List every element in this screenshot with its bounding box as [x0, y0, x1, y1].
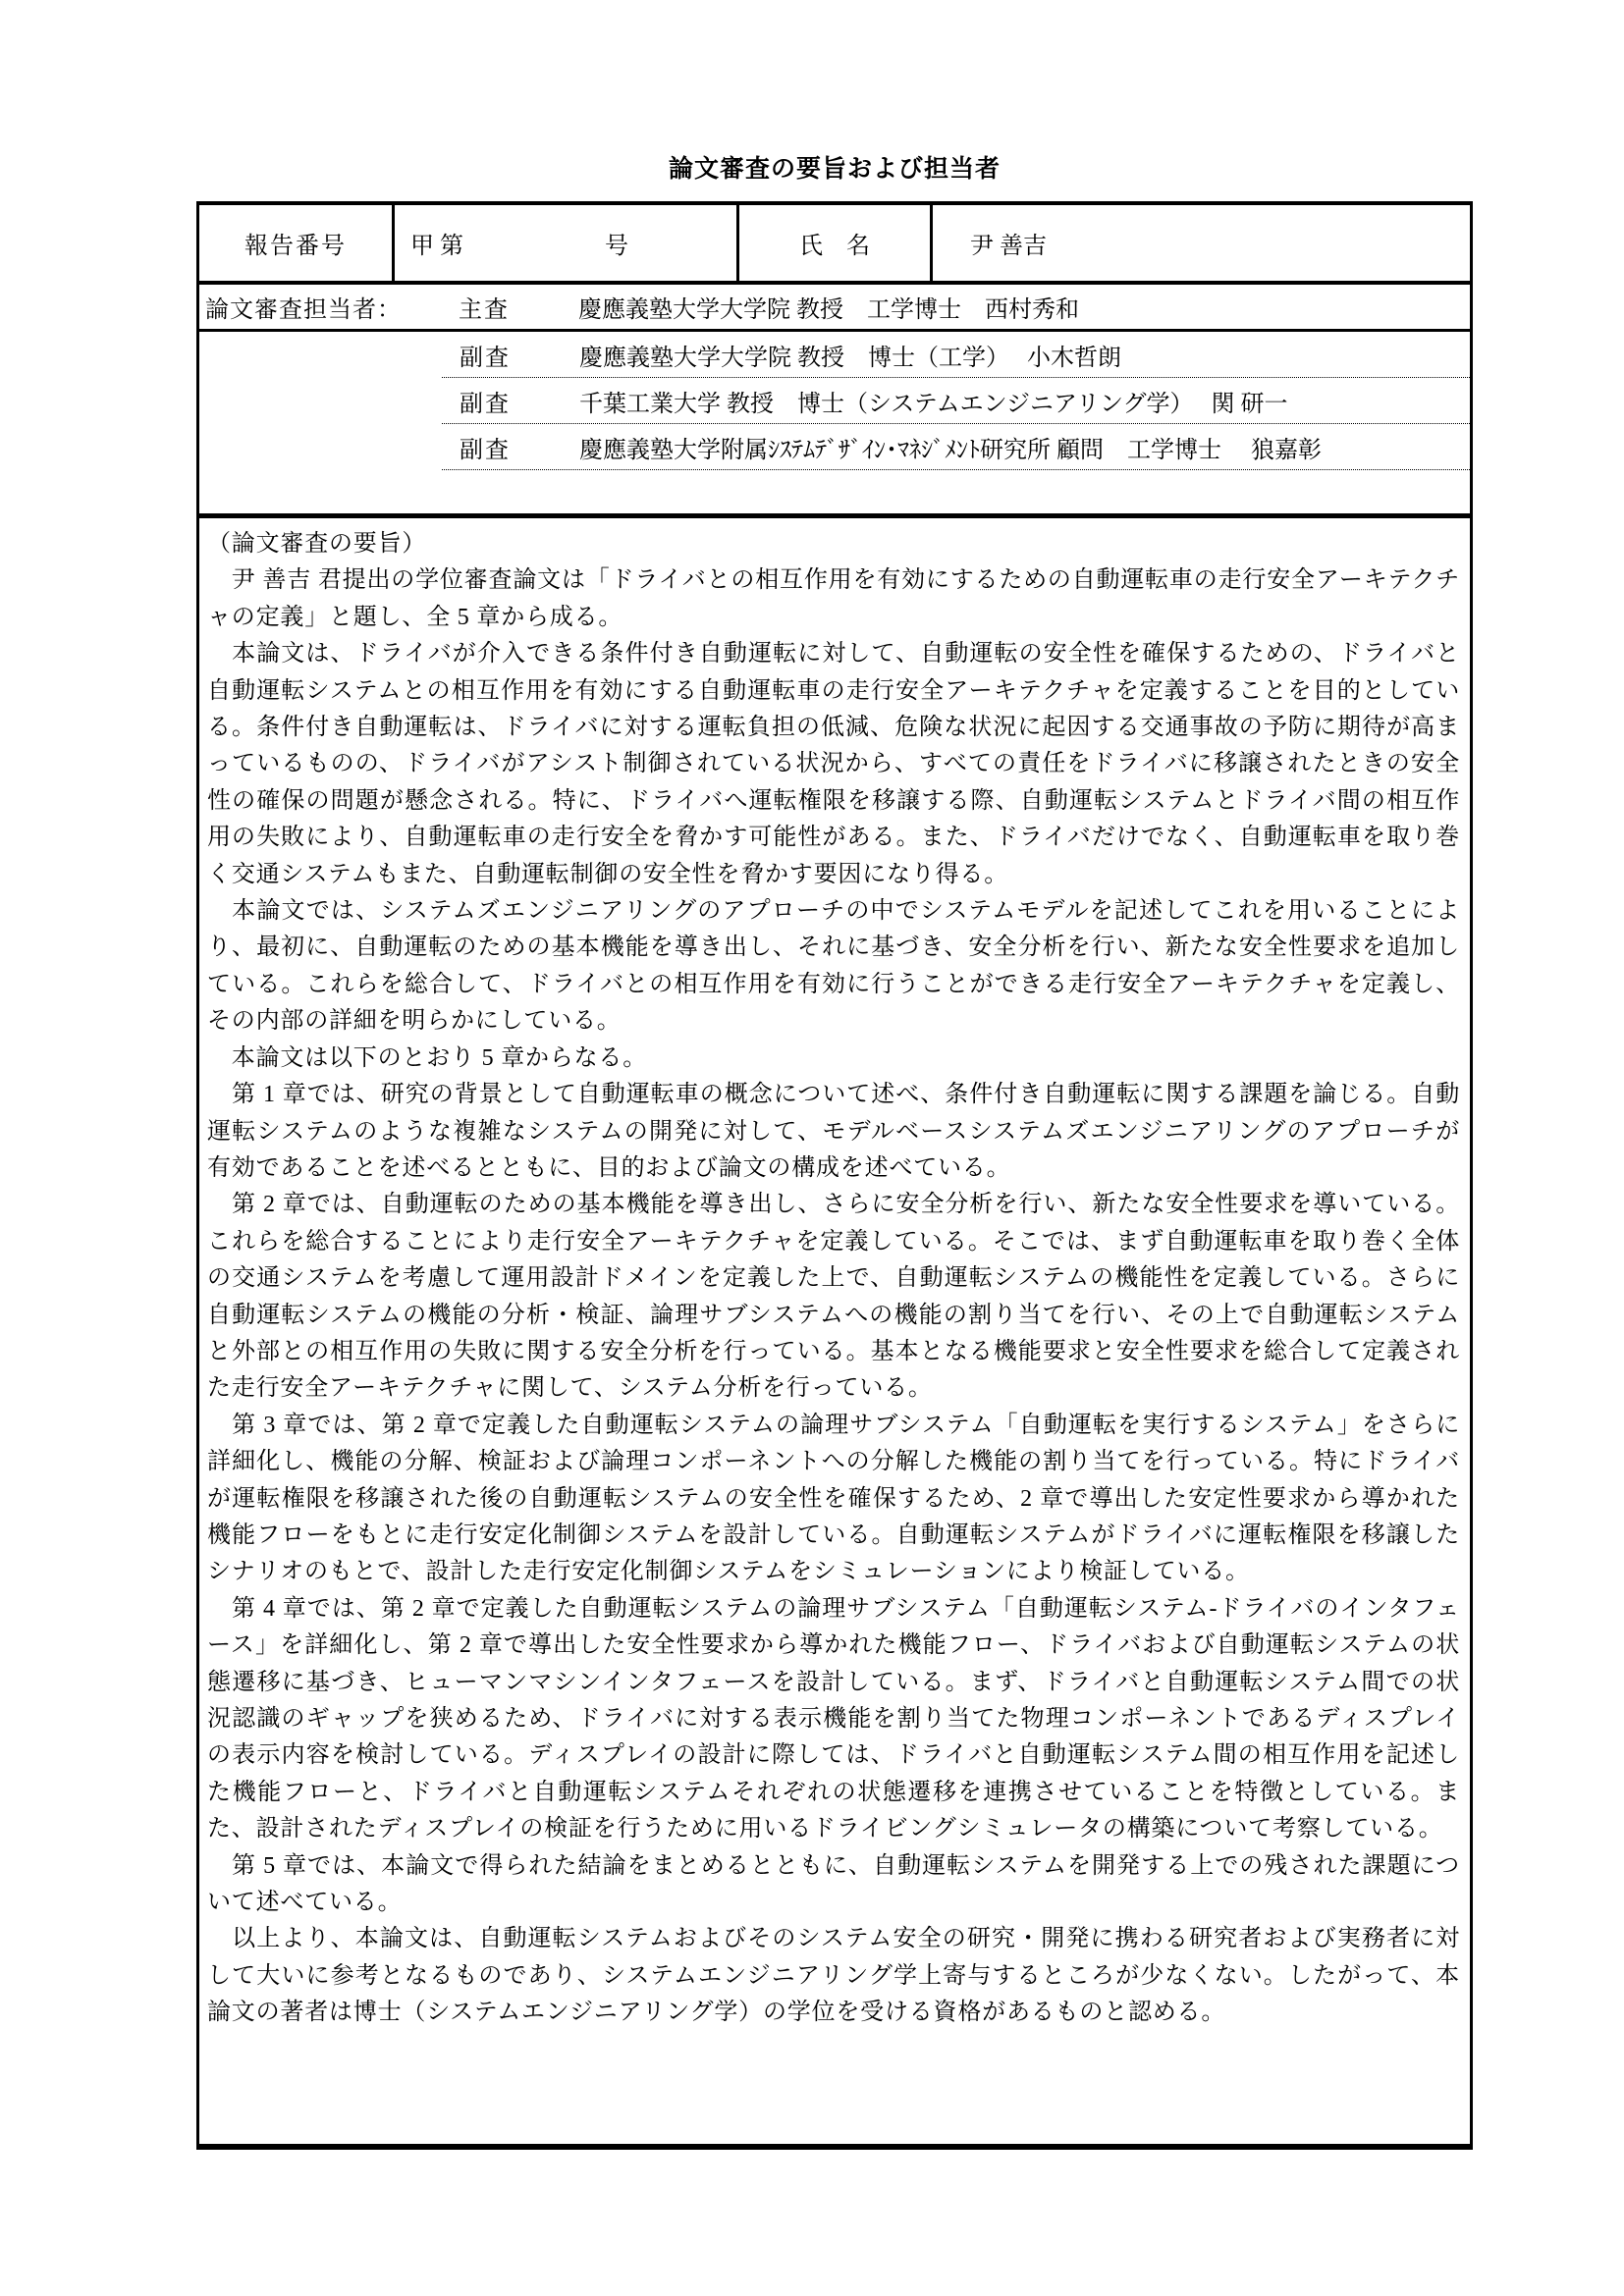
summary-paragraph: 本論文では、システムズエンジニアリングのアプローチの中でシステムモデルを記述して… — [207, 893, 1460, 1041]
report-number-value: 甲 第 号 — [395, 205, 739, 281]
summary-paragraph: 第 3 章では、第 2 章で定義した自動運転システムの論理サブシステム「自動運転… — [207, 1408, 1460, 1591]
dotted-divider — [442, 469, 1470, 470]
examiner-row-deputy-1: 副査 慶應義塾大学大学院 教授 博士（工学） 小木哲朗 — [199, 332, 1470, 378]
examiner-description: 慶應義塾大学大学院 教授 博士（工学） 小木哲朗 — [579, 338, 1121, 372]
header-row: 報告番号 甲 第 号 氏 名 尹 善吉 — [199, 205, 1470, 285]
summary-paragraph: 第 5 章では、本論文で得られた結論をまとめるとともに、自動運転システムを開発す… — [207, 1848, 1460, 1922]
report-number-label: 報告番号 — [199, 205, 395, 281]
review-summary-section: （論文審査の要旨） 尹 善吉 君提出の学位審査論文は「ドライバとの相互作用を有効… — [199, 518, 1470, 2144]
examiners-section-label: 論文審査担当者： — [199, 290, 402, 324]
summary-paragraph: 第 2 章では、自動運転のための基本機能を導き出し、さらに安全分析を行い、新たな… — [207, 1187, 1460, 1407]
header-summary-divider — [199, 470, 1470, 518]
examiner-description: 慶應義塾大学附属ｼｽﾃﾑﾃﾞｻﾞｲﾝ･ﾏﾈｼﾞﾒﾝﾄ研究所 顧問 工学博士 狼嘉… — [579, 430, 1322, 464]
name-value: 尹 善吉 — [933, 205, 1470, 281]
examiner-role: 主査 — [459, 290, 510, 324]
summary-heading: （論文審査の要旨） — [207, 526, 1460, 562]
examiner-description: 慶應義塾大学大学院 教授 工学博士 西村秀和 — [578, 290, 1079, 324]
examiner-role: 副査 — [460, 338, 511, 372]
review-table: 報告番号 甲 第 号 氏 名 尹 善吉 論文審査担当者： 主査 慶應義塾大学大学… — [196, 201, 1473, 2150]
examiner-description: 千葉工業大学 教授 博士（システムエンジニアリング学） 関 研一 — [579, 384, 1288, 418]
summary-paragraph: 尹 善吉 君提出の学位審査論文は「ドライバとの相互作用を有効にするための自動運転… — [207, 562, 1460, 636]
summary-paragraph: 以上より、本論文は、自動運転システムおよびそのシステム安全の研究・開発に携わる研… — [207, 1921, 1460, 2031]
examiner-row-deputy-2: 副査 千葉工業大学 教授 博士（システムエンジニアリング学） 関 研一 — [199, 378, 1470, 424]
summary-paragraph: 第 4 章では、第 2 章で定義した自動運転システムの論理サブシステム「自動運転… — [207, 1591, 1460, 1848]
summary-paragraph: 本論文は以下のとおり 5 章からなる。 — [207, 1041, 1460, 1077]
examiner-row-deputy-3: 副査 慶應義塾大学附属ｼｽﾃﾑﾃﾞｻﾞｲﾝ･ﾏﾈｼﾞﾒﾝﾄ研究所 顧問 工学博士… — [199, 424, 1470, 470]
summary-paragraph: 本論文は、ドライバが介入できる条件付き自動運転に対して、自動運転の安全性を確保す… — [207, 636, 1460, 893]
examiner-row-chief: 論文審査担当者： 主査 慶應義塾大学大学院 教授 工学博士 西村秀和 — [199, 285, 1470, 332]
document-page: 論文審査の要旨および担当者 報告番号 甲 第 号 氏 名 尹 善吉 論文審査担当… — [0, 0, 1624, 2296]
summary-paragraph: 第 1 章では、研究の背景として自動運転車の概念について述べ、条件付き自動運転に… — [207, 1077, 1460, 1187]
examiner-role: 副査 — [460, 384, 511, 418]
examiner-role: 副査 — [460, 430, 511, 464]
name-label: 氏 名 — [739, 205, 933, 281]
page-title: 論文審査の要旨および担当者 — [196, 155, 1473, 185]
